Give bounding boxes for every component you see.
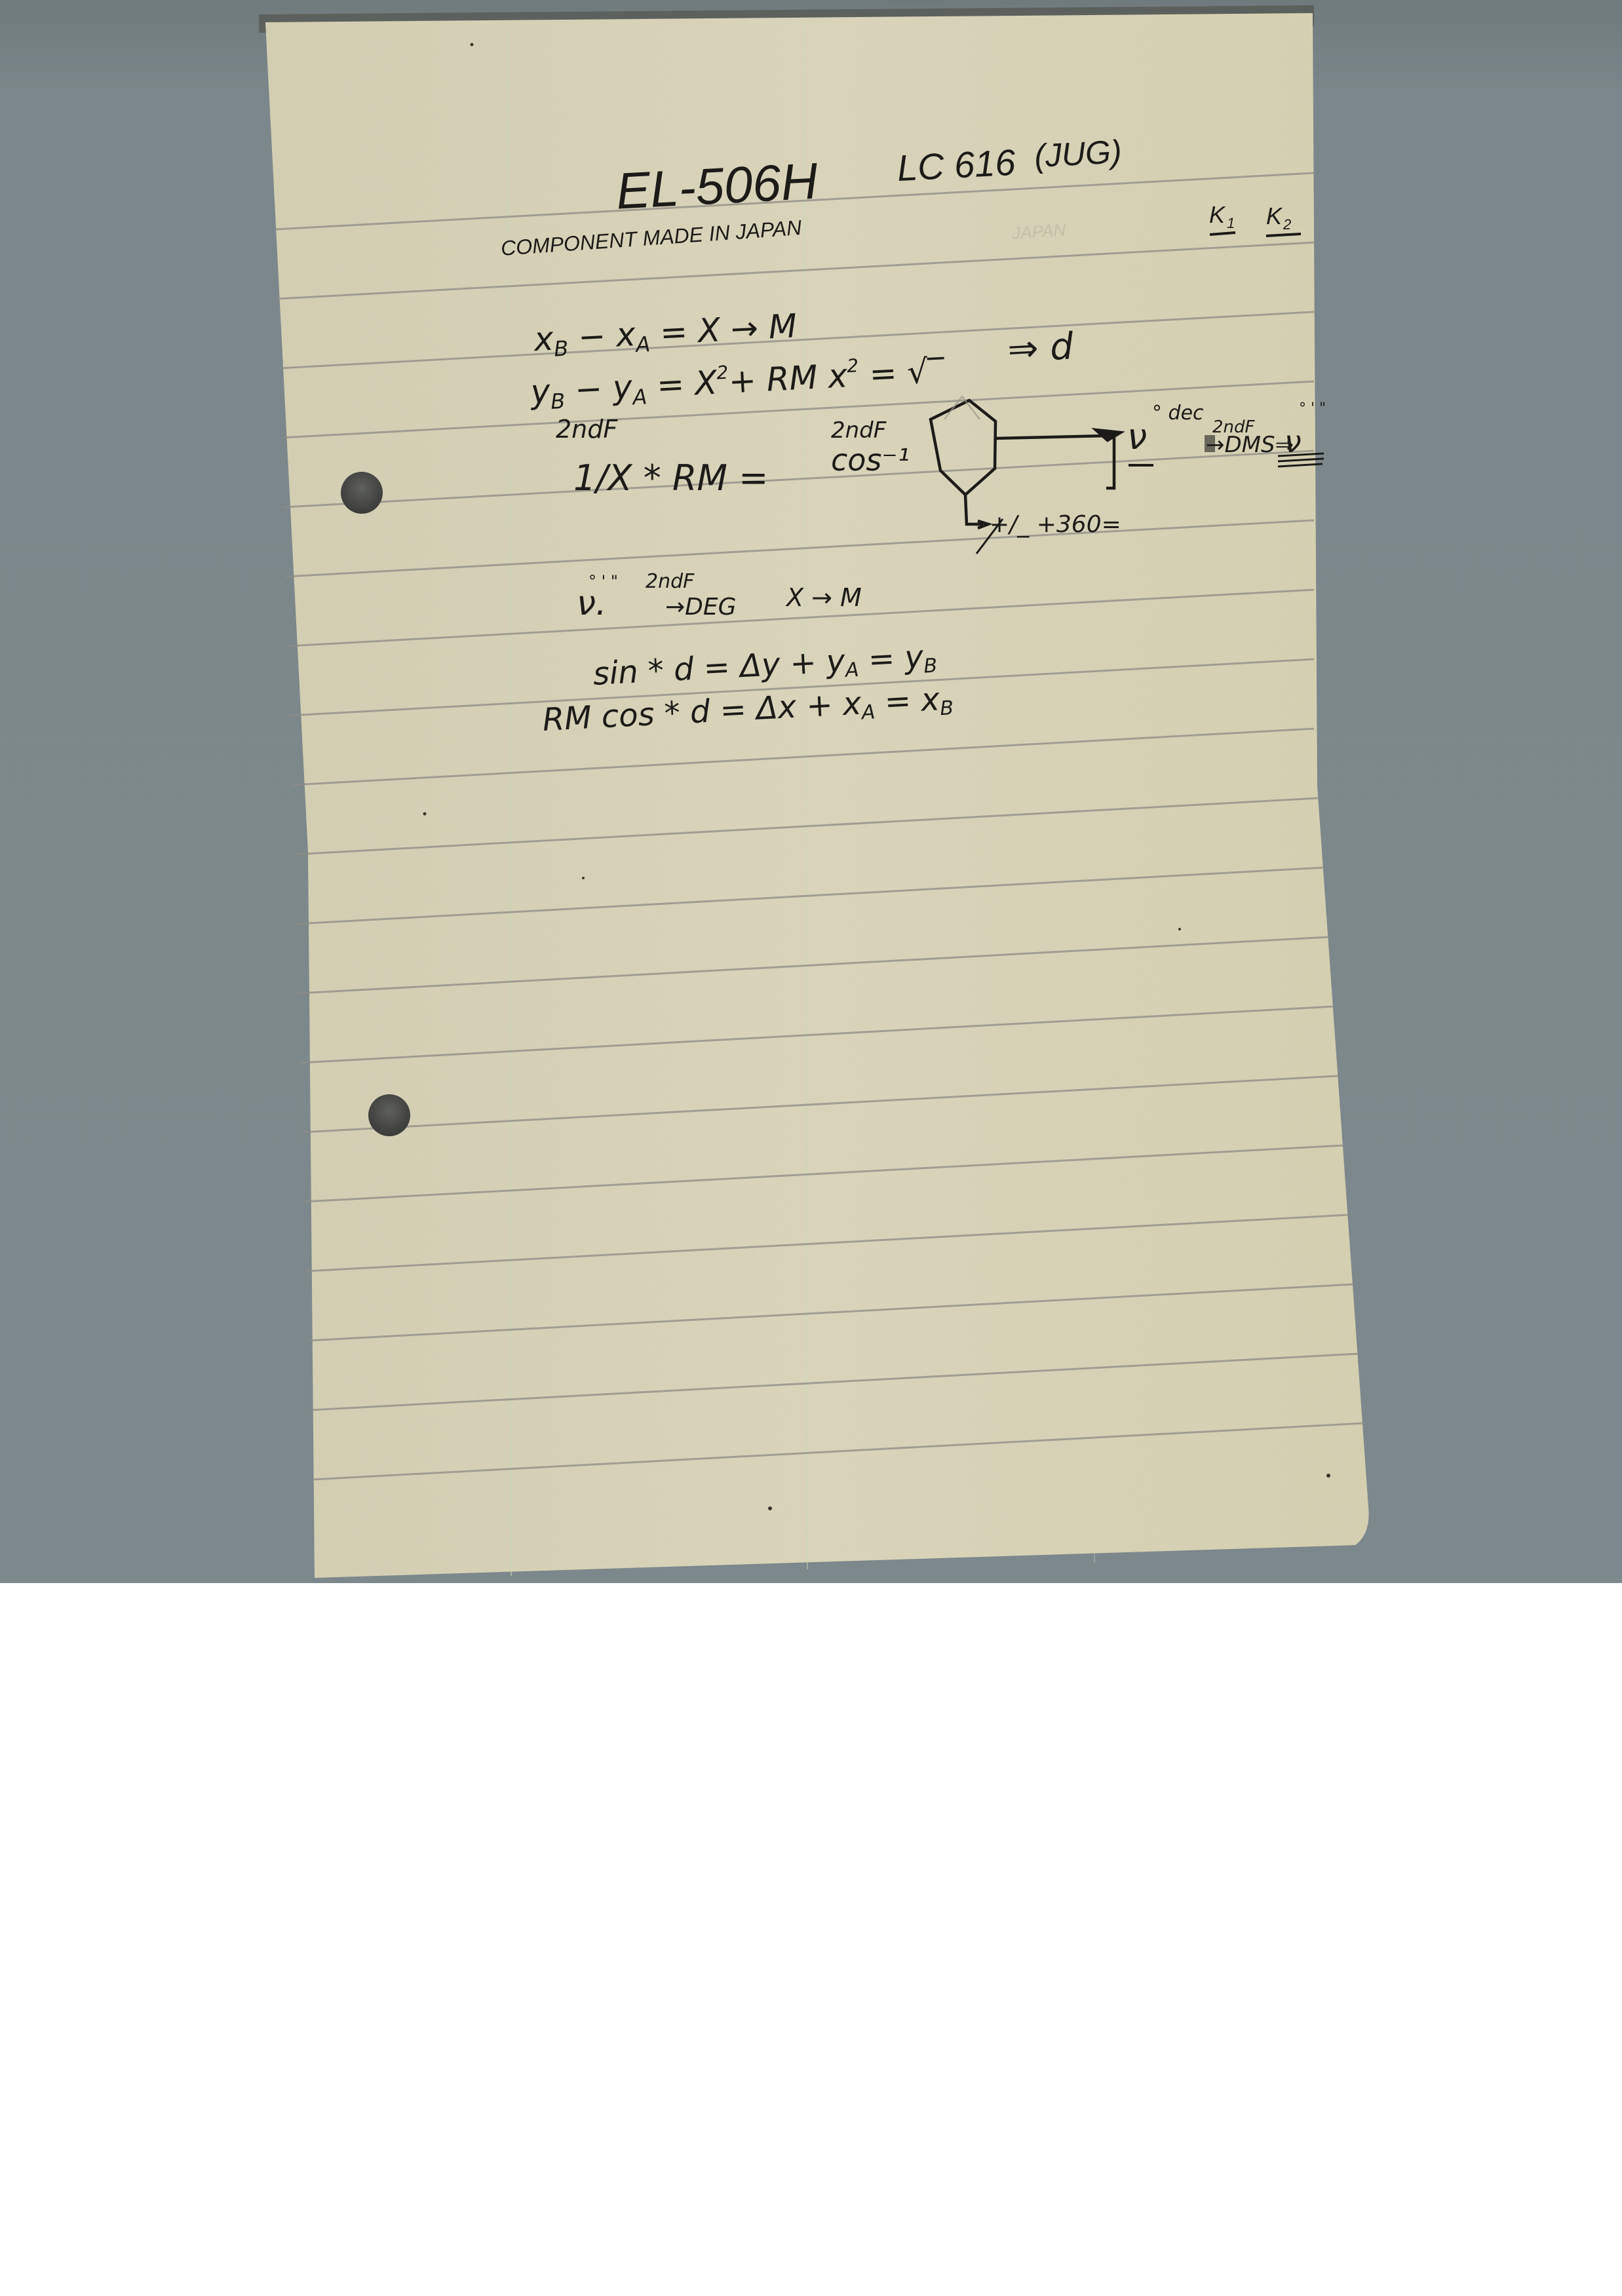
ruled-paper-sheet	[0, 0, 1622, 1583]
punch-hole	[341, 472, 383, 514]
punch-hole	[368, 1094, 410, 1136]
